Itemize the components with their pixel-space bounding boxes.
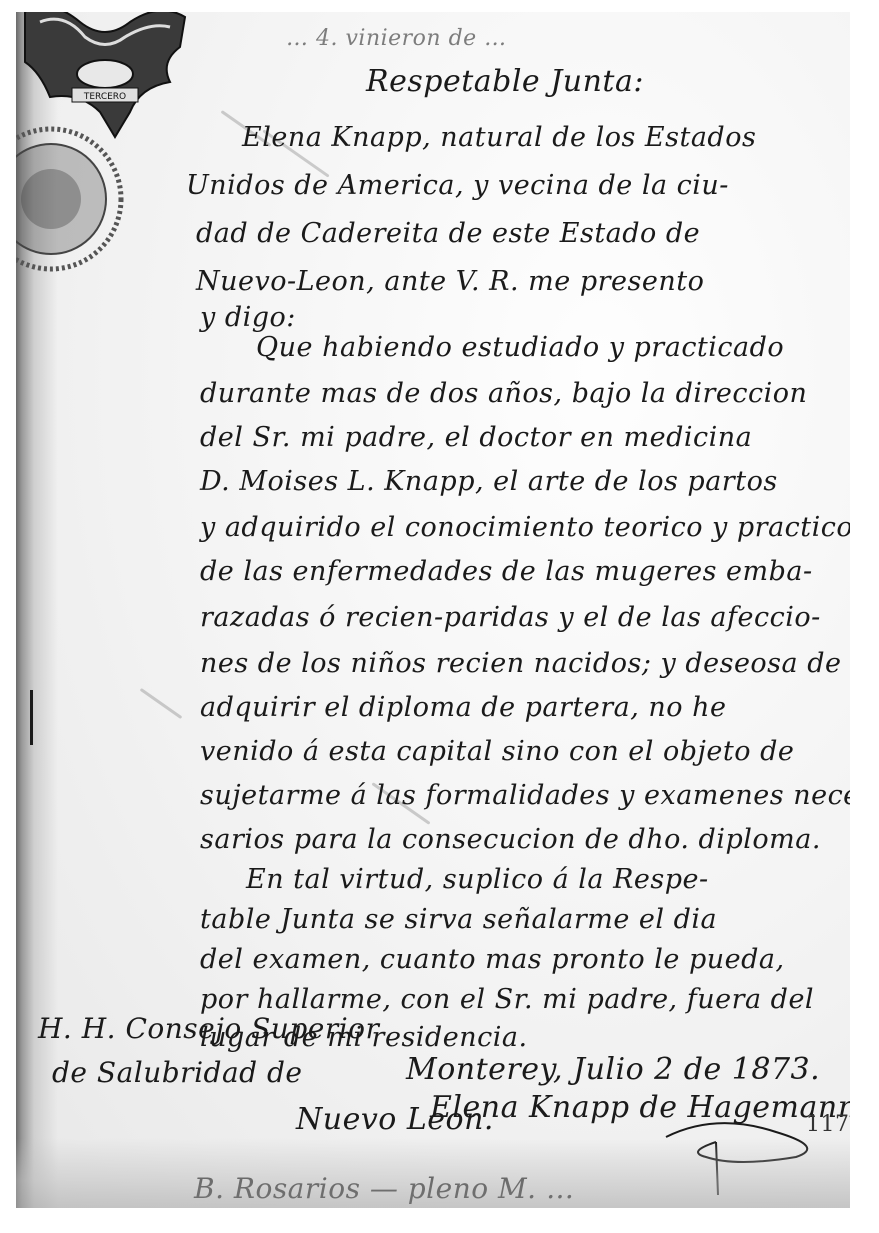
document-scan: TERCERO … 4. vinieron de … Respetable Ju… — [16, 12, 850, 1208]
body-line: de las enfermedades de las mugeres emba- — [200, 556, 813, 587]
margin-mark — [30, 690, 33, 745]
body-line: razadas ó recien-paridas y el de las afe… — [200, 602, 821, 633]
body-line: Elena Knapp, natural de los Estados — [242, 122, 756, 153]
folio-number: 117 — [806, 1112, 850, 1137]
addressee-line: H. H. Consejo Superior — [38, 1012, 379, 1045]
body-line: table Junta se sirva señalarme el dia — [200, 904, 717, 935]
bottom-signatures: B. Rosarios — pleno M. … — [194, 1172, 574, 1205]
body-line: Nuevo-Leon, ante V. R. me presento — [196, 266, 704, 297]
body-line: nes de los niños recien nacidos; y deseo… — [200, 648, 841, 679]
addressee-line: Nuevo Leon. — [296, 1102, 494, 1137]
body-line: y adquirido el conocimiento teorico y pr… — [200, 512, 850, 543]
place-date: Monterey, Julio 2 de 1873. — [406, 1052, 820, 1087]
revenue-stamp-icon: TERCERO — [20, 12, 190, 142]
body-line: sujetarme á las formalidades y examenes … — [200, 780, 850, 811]
addressee-line: de Salubridad de — [52, 1056, 302, 1089]
body-line: Que habiendo estudiado y practicado — [256, 332, 784, 363]
body-line: sarios para la consecucion de dho. diplo… — [200, 824, 821, 855]
body-line: adquirir el diploma de partera, no he — [200, 692, 727, 723]
body-line: del Sr. mi padre, el doctor en medicina — [200, 422, 752, 453]
body-line: D. Moises L. Knapp, el arte de los parto… — [200, 466, 778, 497]
body-line: dad de Cadereita de este Estado de — [196, 218, 700, 249]
body-line: y digo: — [200, 302, 296, 333]
body-line: por hallarme, con el Sr. mi padre, fuera… — [200, 984, 814, 1015]
body-line: En tal virtud, suplico á la Respe- — [246, 864, 709, 895]
body-line: venido á esta capital sino con el objeto… — [200, 736, 794, 767]
body-line: Unidos de America, y vecina de la ciu- — [186, 170, 729, 201]
salutation: Respetable Junta: — [366, 64, 644, 99]
body-line: durante mas de dos años, bajo la direcci… — [200, 378, 807, 409]
ink-bleed — [140, 688, 183, 719]
body-line: del examen, cuanto mas pronto le pueda, — [200, 944, 785, 975]
svg-text:TERCERO: TERCERO — [83, 92, 126, 102]
cropped-top-line: … 4. vinieron de … — [286, 26, 507, 51]
official-seal-icon — [16, 124, 126, 274]
